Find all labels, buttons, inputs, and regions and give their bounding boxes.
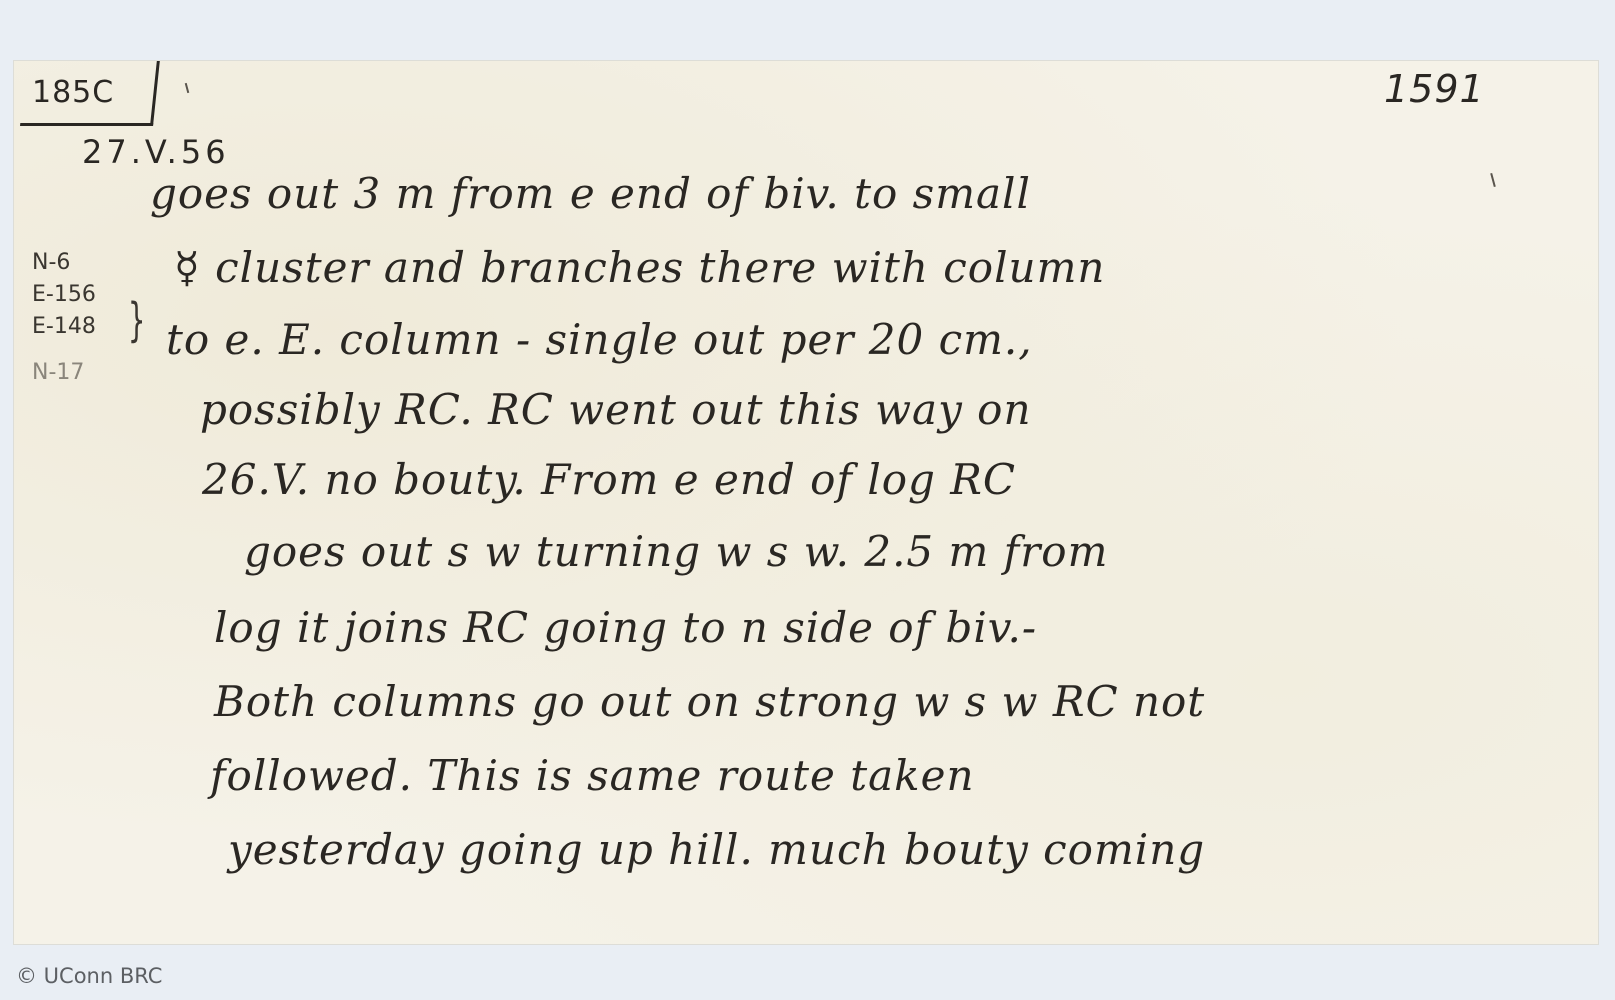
- margin-code-faint: N-17: [32, 357, 96, 389]
- margin-code: E-156: [32, 279, 96, 311]
- entry-date: 27.V.56: [82, 133, 230, 171]
- field-note-card: 185C 1591 27.V.56 N-6 E-156 E-148 N-17 }…: [14, 61, 1598, 944]
- stray-ink-mark: [1490, 173, 1496, 187]
- note-line: ☿ cluster and branches there with column: [174, 247, 1105, 289]
- note-line: goes out 3 m from e end of biv. to small: [150, 173, 1031, 215]
- margin-code: E-148: [32, 311, 96, 343]
- stray-ink-mark: [185, 83, 190, 93]
- note-line: 26.V. no bouty. From e end of log RC: [202, 459, 1016, 501]
- note-line: yesterday going up hill. much bouty comi…: [228, 829, 1205, 871]
- note-line: possibly RC. RC went out this way on: [200, 389, 1032, 431]
- note-line: log it joins RC going to n side of biv.-: [214, 607, 1037, 649]
- note-line: to e. E. column - single out per 20 cm.,: [166, 319, 1033, 361]
- copyright-notice: © UConn BRC: [16, 964, 162, 988]
- document-viewer: 185C 1591 27.V.56 N-6 E-156 E-148 N-17 }…: [0, 0, 1615, 1000]
- note-line: followed. This is same route taken: [210, 755, 975, 797]
- margin-codes: N-6 E-156 E-148 N-17: [32, 247, 96, 389]
- brace-glyph: }: [128, 293, 146, 347]
- note-line: goes out s w turning w s w. 2.5 m from: [244, 531, 1108, 573]
- card-number: 1591: [1384, 67, 1485, 111]
- margin-code: N-6: [32, 247, 96, 279]
- note-line: Both columns go out on strong w s w RC n…: [214, 681, 1205, 723]
- catalog-number: 185C: [32, 75, 114, 110]
